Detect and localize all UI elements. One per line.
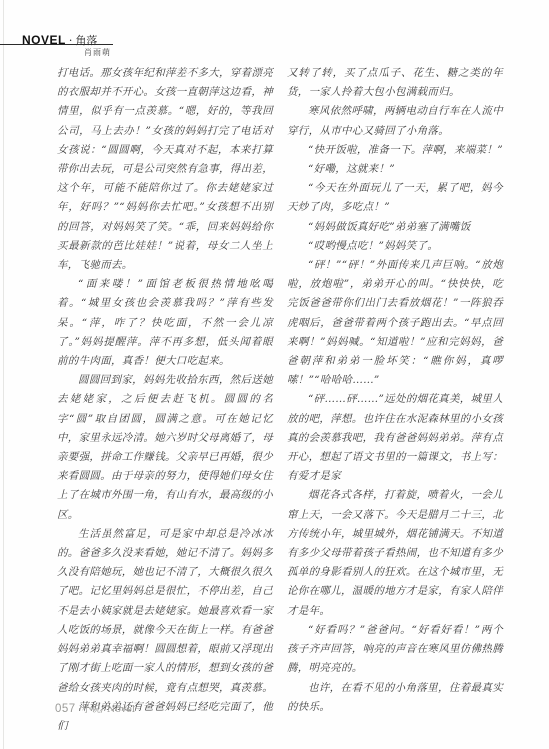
paragraph: 圆圆回到家，妈妈先收拾东西，然后送她去姥姥家，之后便去赶飞机。圆圆的名字“圆”取… xyxy=(57,371,273,525)
masthead: NOVEL·角落 xyxy=(22,29,97,48)
paragraph: “砰！”“砰！”外面传来几声巨响。“放炮啦，放炮啦”，弟弟开心的叫。“快快快，吃… xyxy=(287,256,503,390)
paragraph: “妈妈做饭真好吃”弟弟塞了满嘴饭 xyxy=(287,218,503,237)
paragraph: “砰……砰……”远处的烟花真美，城里人放的吧，萍想。也许住在水泥森林里的小女孩真… xyxy=(287,390,503,486)
paragraph: 烟花各式各样，打着旋，喷着火，一会儿窜上天，一会又落下。今天是腊月二十三，北方传… xyxy=(287,486,503,620)
paragraph: 寒风依然呼啸，两辆电动自行车在人流中穿行，从市中心又骑回了小角落。 xyxy=(287,102,503,140)
paragraph: 打电话。那女孩年纪和萍差不多大，穿着漂亮的衣服却并不开心。女孩一直朝萍这边看，神… xyxy=(57,64,273,275)
page-edge-line xyxy=(3,0,4,749)
page-number: 057 xyxy=(55,703,76,715)
paragraph: “今天在外面玩儿了一天，累了吧，妈今天炒了肉，多吃点！” xyxy=(287,179,503,217)
paragraph: 也许，在看不见的小角落里，住着最真实的快乐。 xyxy=(287,679,503,717)
masthead-separator: · xyxy=(69,34,73,47)
paragraph: “快开饭啦，准备一下。萍啊，来端菜！” xyxy=(287,141,503,160)
paragraph: “好嘞，这就来！” xyxy=(287,160,503,179)
section-title: 角落 xyxy=(75,34,97,47)
paragraph: 又转了转，买了点瓜子、花生、糖之类的年货，一家人拎着大包小包满载而归。 xyxy=(287,64,503,102)
magazine-page: NOVEL·角落 肖雨萌 打电话。那女孩年纪和萍差不多大，穿着漂亮的衣服却并不开… xyxy=(0,0,549,749)
paragraph: “好看吗？”爸爸问。“好看好看！”两个孩子齐声回答，响亮的声音在寒风里仿佛热腾腾… xyxy=(287,621,503,679)
paragraph: “哎哟慢点吃！”妈妈笑了。 xyxy=(287,237,503,256)
header-rule xyxy=(0,44,113,45)
right-column: 又转了转，买了点瓜子、花生、糖之类的年货，一家人拎着大包小包满载而归。 寒风依然… xyxy=(287,64,503,717)
footer-section-label: 小说/ Novel xyxy=(82,704,135,715)
left-column: 打电话。那女孩年纪和萍差不多大，穿着漂亮的衣服却并不开心。女孩一直朝萍这边看，神… xyxy=(57,64,273,736)
page-footer: 057小说/ Novel xyxy=(55,697,135,716)
paragraph: 生活虽然富足，可是家中却总是冷冰冰的。爸爸多久没来看她，她记不清了。妈妈多久没有… xyxy=(57,525,273,698)
author-name: 肖雨萌 xyxy=(0,47,111,58)
paragraph: “面来喽！”面馆老板很热情地吆喝着。“城里女孩也会羡慕我吗？”萍有些发呆。“萍，… xyxy=(57,275,273,371)
